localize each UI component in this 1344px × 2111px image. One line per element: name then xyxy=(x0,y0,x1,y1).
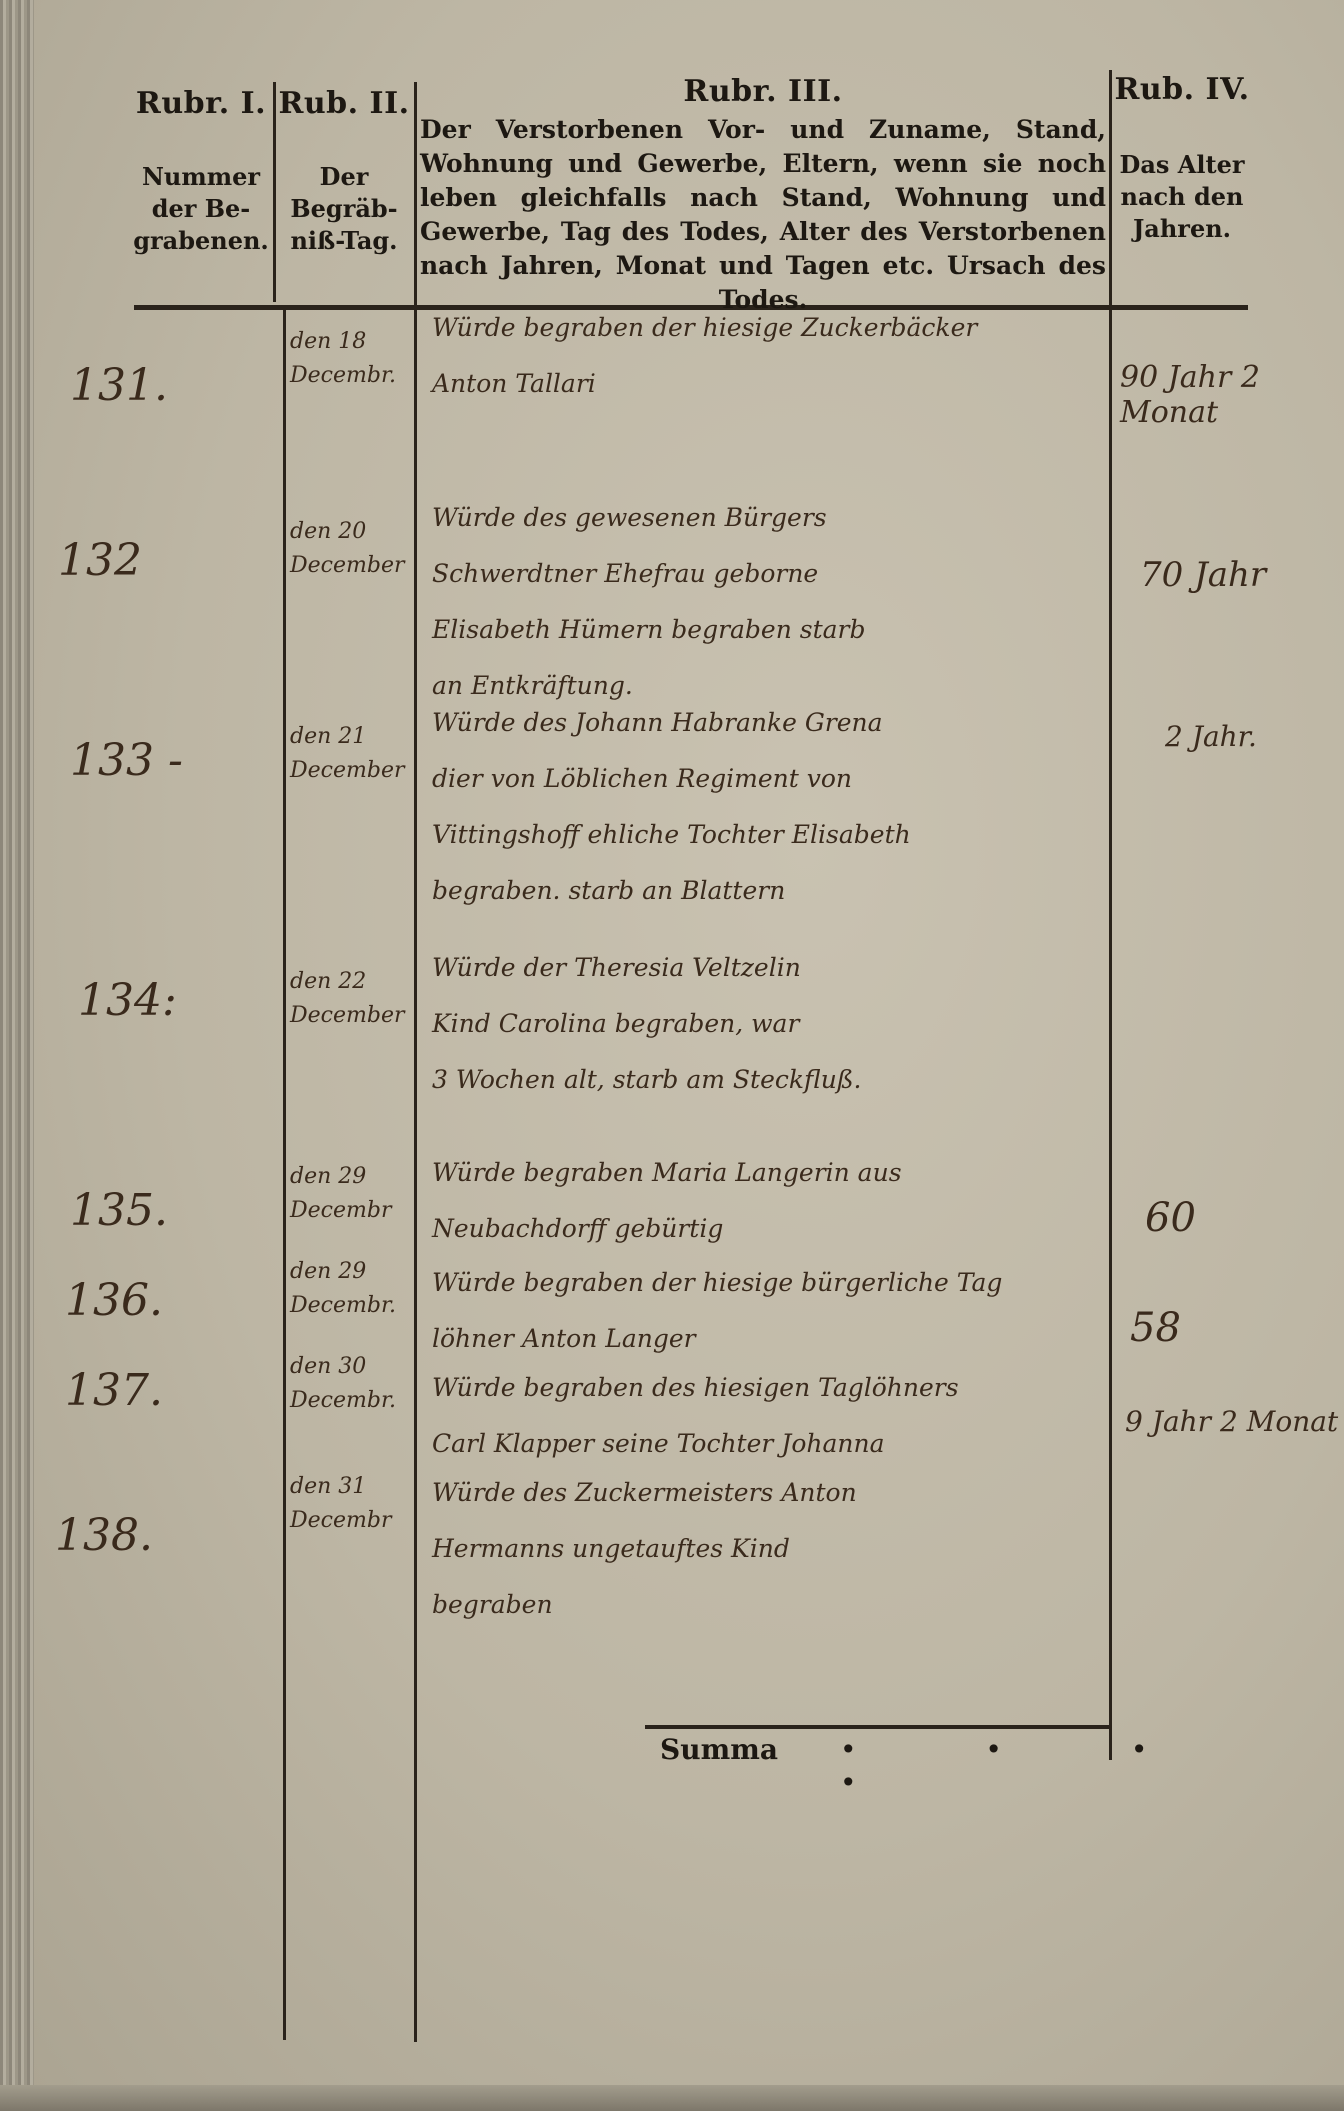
entry-132-text: Würde des gewesenen BürgersSchwerdtner E… xyxy=(432,490,1072,714)
entry-137-date: den 30Decembr. xyxy=(290,1350,396,1418)
entry-138-text: Würde des Zuckermeisters AntonHermanns u… xyxy=(432,1465,1072,1633)
rubr-4-desc: Das Alter nach den Jahren. xyxy=(1112,149,1252,245)
rubr-1-title: Rubr. I. xyxy=(130,86,272,121)
column-rule-2b xyxy=(283,310,286,2040)
register-page: Rubr. I. Nummer der Be- grabenen. Rub. I… xyxy=(0,0,1344,2111)
summa-dots: • • • • xyxy=(840,1733,1344,1799)
entry-135-number: 135. xyxy=(70,1185,168,1236)
entry-133-number: 133 - xyxy=(70,735,183,786)
summa-rule xyxy=(645,1725,1111,1729)
column-rule-3 xyxy=(1109,70,1112,1760)
column-rule-2 xyxy=(414,82,417,2042)
entry-132-date: den 20December xyxy=(290,515,404,583)
entry-136-text: Würde begraben der hiesige bürgerliche T… xyxy=(432,1255,1072,1367)
rubr-2-desc: Der Begräb- niß-Tag. xyxy=(276,161,412,257)
rubr-4-title: Rub. IV. xyxy=(1112,72,1252,107)
entry-138-number: 138. xyxy=(55,1510,153,1561)
entry-136-age: 58 xyxy=(1130,1305,1181,1351)
page-bottom-edge xyxy=(0,2085,1344,2111)
entry-133-text: Würde des Johann Habranke Grenadier von … xyxy=(432,695,1072,919)
entry-137-number: 137. xyxy=(65,1365,163,1416)
entry-133-age: 2 Jahr. xyxy=(1165,720,1257,753)
entry-135-text: Würde begraben Maria Langerin ausNeubach… xyxy=(432,1145,1072,1257)
header-rubr-4: Rub. IV. Das Alter nach den Jahren. xyxy=(1112,72,1252,245)
summa-label: Summa xyxy=(660,1733,778,1766)
header-rubr-2: Rub. II. Der Begräb- niß-Tag. xyxy=(276,86,412,257)
entry-136-date: den 29Decembr. xyxy=(290,1255,396,1323)
entry-135-date: den 29Decembr xyxy=(290,1160,391,1228)
entry-132-age: 70 Jahr xyxy=(1140,555,1266,595)
entry-134-text: Würde der Theresia VeltzelinKind Carolin… xyxy=(432,940,1072,1108)
entry-131-age: 90 Jahr 2 Monat xyxy=(1120,360,1344,430)
entry-138-date: den 31Decembr xyxy=(290,1470,391,1538)
entry-131-number: 131. xyxy=(70,360,168,411)
entry-133-date: den 21December xyxy=(290,720,404,788)
rubr-2-title: Rub. II. xyxy=(276,86,412,121)
entry-135-age: 60 xyxy=(1145,1195,1196,1241)
entry-137-text: Würde begraben des hiesigen TaglöhnersCa… xyxy=(432,1360,1072,1472)
entry-136-number: 136. xyxy=(65,1275,163,1326)
rubr-3-title: Rubr. III. xyxy=(420,74,1106,109)
entry-131-text: Würde begraben der hiesige ZuckerbäckerA… xyxy=(432,300,1072,412)
entry-132-number: 132 xyxy=(58,535,142,586)
header-rubr-1: Rubr. I. Nummer der Be- grabenen. xyxy=(130,86,272,257)
rubr-1-desc: Nummer der Be- grabenen. xyxy=(130,161,272,257)
entry-134-date: den 22December xyxy=(290,965,404,1033)
entry-131-date: den 18Decembr. xyxy=(290,325,396,393)
entry-137-age: 9 Jahr 2 Monat xyxy=(1125,1405,1338,1438)
entry-134-number: 134: xyxy=(78,975,177,1026)
header-rubr-3: Rubr. III. Der Verstorbenen Vor- und Zun… xyxy=(420,74,1106,317)
page-stack-edge xyxy=(0,0,34,2111)
rubr-3-desc: Der Verstorbenen Vor- und Zuname, Stand,… xyxy=(420,113,1106,317)
